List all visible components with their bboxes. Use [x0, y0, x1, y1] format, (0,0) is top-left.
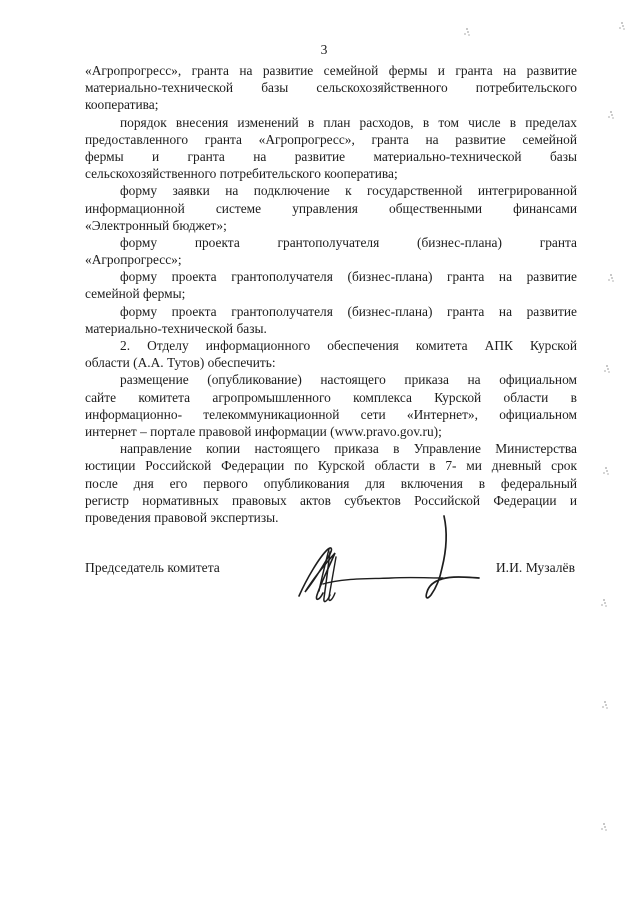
text-line: «Агропрогресс», гранта на развитие семей…	[85, 62, 577, 79]
scan-speck	[610, 274, 612, 276]
text-line: порядок внесения изменений в план расход…	[85, 114, 577, 131]
scan-speck	[605, 467, 607, 469]
text-line: направление копии настоящего приказа в У…	[85, 440, 577, 457]
scan-speck	[606, 365, 608, 367]
scan-speck	[603, 823, 605, 825]
text-line: регистр нормативных правовых актов субъе…	[85, 492, 577, 509]
text-line: сайте комитета агропромышленного комплек…	[85, 389, 577, 406]
text-line: материально-технической базы сельскохозя…	[85, 79, 577, 96]
signatory-name: И.И. Музалёв	[496, 559, 575, 576]
text-line: интернет – портале правовой информации (…	[85, 423, 577, 440]
text-line: информационно- телекоммуникационной сети…	[85, 406, 577, 423]
scan-speck	[610, 111, 612, 113]
text-line: сельскохозяйственного потребительского к…	[85, 165, 577, 182]
scan-speck	[603, 599, 605, 601]
text-line: 2. Отделу информационного обеспечения ко…	[85, 337, 577, 354]
text-line: форму проекта грантополучателя (бизнес-п…	[85, 234, 577, 251]
text-line: форму заявки на подключение к государств…	[85, 182, 577, 199]
signatory-title: Председатель комитета	[85, 559, 220, 576]
scan-speck	[466, 28, 468, 30]
text-line: семейной фермы;	[85, 285, 577, 302]
text-line: фермы и гранта на развитие материально-т…	[85, 148, 577, 165]
scanned-document-page: 3 «Агропрогресс», гранта на развитие сем…	[0, 0, 640, 903]
text-line: после дня его первого опубликования для …	[85, 475, 577, 492]
text-line: размещение (опубликование) настоящего пр…	[85, 371, 577, 388]
text-line: информационной системе управления общест…	[85, 200, 577, 217]
text-line: форму проекта грантополучателя (бизнес-п…	[85, 303, 577, 320]
scan-speck	[621, 22, 623, 24]
scan-speck	[604, 701, 606, 703]
text-line: «Электронный бюджет»;	[85, 217, 577, 234]
text-line: юстиции Российской Федерации по Курской …	[85, 457, 577, 474]
text-line: форму проекта грантополучателя (бизнес-п…	[85, 268, 577, 285]
document-body: «Агропрогресс», гранта на развитие семей…	[85, 62, 577, 526]
text-line: предоставленного гранта «Агропрогресс», …	[85, 131, 577, 148]
text-line: кооператива;	[85, 96, 577, 113]
page-number: 3	[85, 41, 563, 58]
text-line: «Агропрогресс»;	[85, 251, 577, 268]
signature-icon	[283, 512, 485, 612]
text-line: области (А.А. Тутов) обеспечить:	[85, 354, 577, 371]
text-line: материально-технической базы.	[85, 320, 577, 337]
